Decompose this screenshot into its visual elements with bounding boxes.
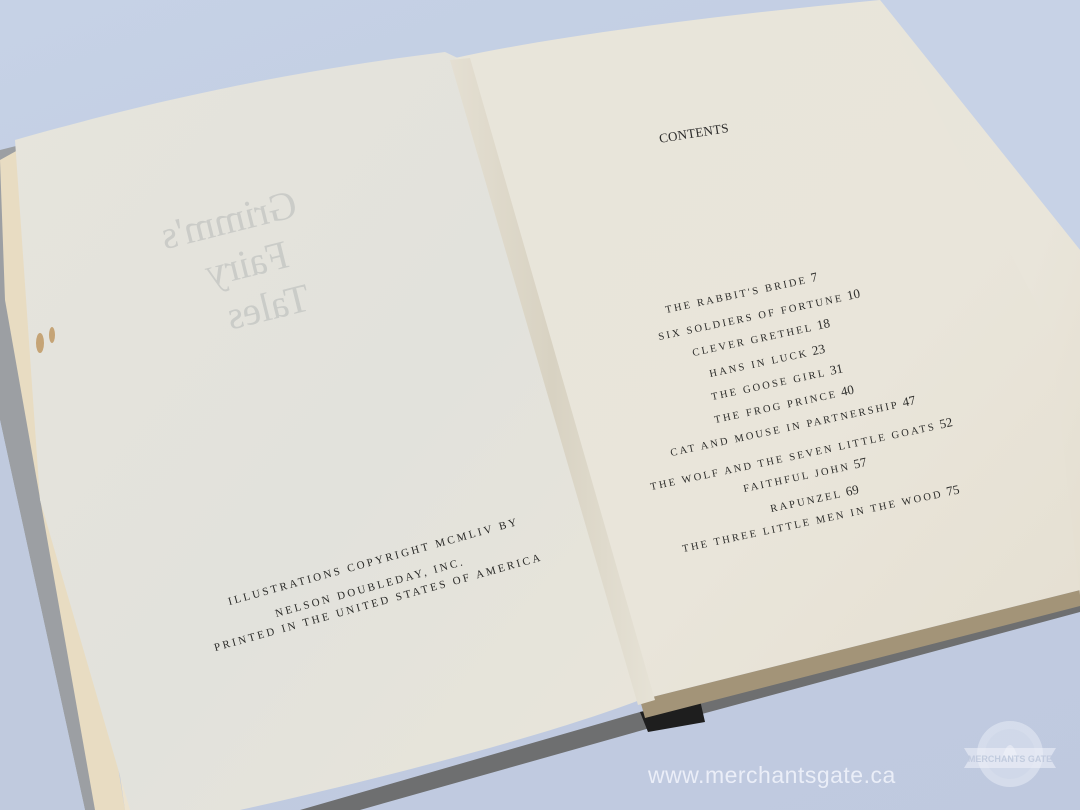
- svg-text:MERCHANTS GATE: MERCHANTS GATE: [968, 754, 1052, 764]
- open-book: [0, 0, 1080, 810]
- merchants-gate-logo-icon: MERCHANTS GATE: [962, 718, 1058, 790]
- watermark-url: www.merchantsgate.ca: [648, 762, 896, 789]
- photo-scene: Grimm's Fairy Tales ILLUSTRATIONS COPYRI…: [0, 0, 1080, 810]
